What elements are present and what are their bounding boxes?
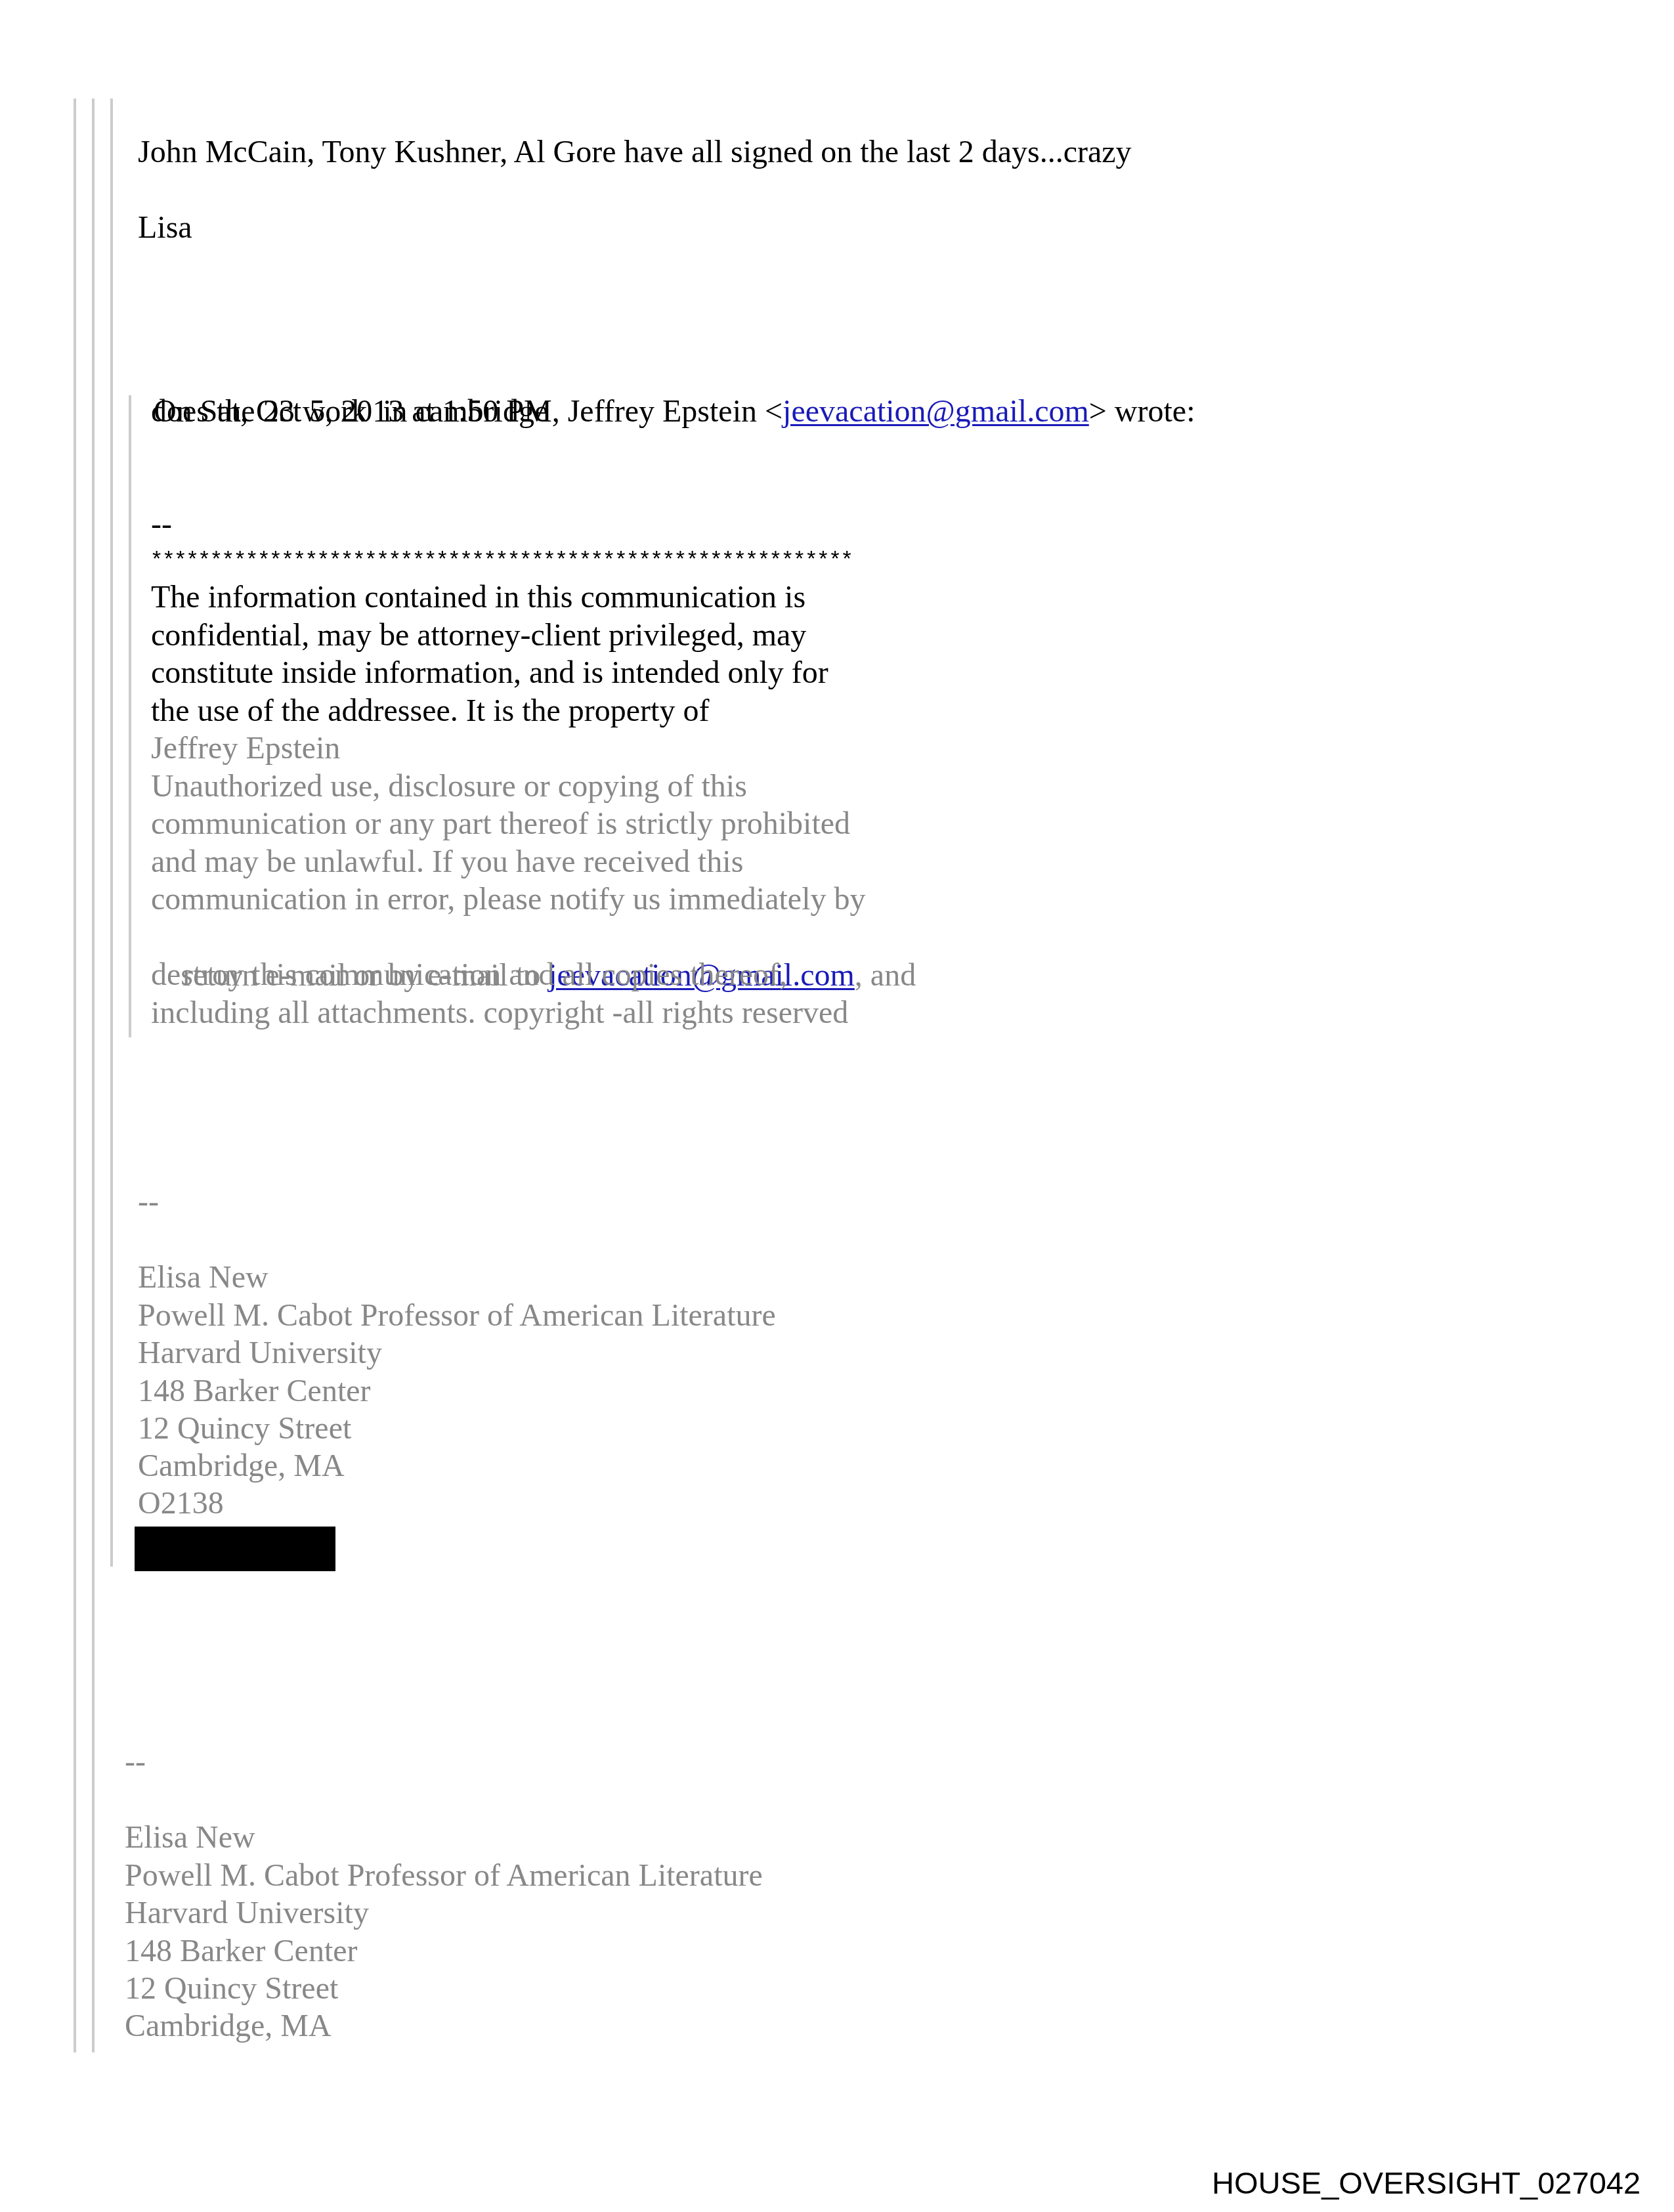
- signature-name: Elisa New: [125, 1819, 255, 1857]
- disclaimer-line: constitute inside information, and is in…: [151, 654, 828, 692]
- quote-bar-level-1: [74, 98, 76, 2052]
- signature-title: Powell M. Cabot Professor of American Li…: [125, 1857, 763, 1895]
- disclaimer-line: The information contained in this commun…: [151, 578, 805, 617]
- disclaimer-line: confidential, may be attorney-client pri…: [151, 617, 806, 655]
- disclaimer-stars: ****************************************…: [152, 540, 855, 578]
- quoted-header-suffix: > wrote:: [1089, 394, 1195, 429]
- disclaimer-line: communication or any part thereof is str…: [151, 805, 850, 843]
- disclaimer-email-suffix: , and: [855, 958, 916, 993]
- signature-title: Powell M. Cabot Professor of American Li…: [138, 1297, 776, 1335]
- quoted-header: On Sat, Oct 5, 2013 at 1:50 PM, Jeffrey …: [138, 355, 1195, 393]
- signature-institution: Harvard University: [125, 1894, 369, 1932]
- signature-name: Elisa New: [138, 1259, 268, 1297]
- quote-bar-level-3: [110, 98, 113, 1567]
- quote-bar-level-4: [129, 395, 131, 1037]
- disclaimer-line: and may be unlawful. If you have receive…: [151, 843, 743, 881]
- signature-address-line: 148 Barker Center: [138, 1372, 371, 1410]
- signature-zip: O2138: [138, 1485, 224, 1523]
- signature-institution: Harvard University: [138, 1334, 382, 1372]
- signature-address-line: 148 Barker Center: [125, 1932, 358, 1970]
- signature-address-line: 12 Quincy Street: [125, 1970, 338, 2008]
- disclaimer-line: Unauthorized use, disclosure or copying …: [151, 768, 747, 806]
- quote-bar-level-2: [92, 98, 95, 2052]
- signature-separator: --: [125, 1743, 146, 1781]
- disclaimer-line: the use of the addressee. It is the prop…: [151, 692, 709, 730]
- signature-city: Cambridge, MA: [138, 1447, 345, 1485]
- quoted-sig-separator: --: [151, 506, 172, 544]
- quoted-body: does the 23 work in cambridge: [151, 393, 548, 431]
- redaction-box: [135, 1527, 335, 1571]
- disclaimer-line: including all attachments. copyright -al…: [151, 994, 848, 1032]
- bates-number: HOUSE_OVERSIGHT_027042: [1212, 2165, 1641, 2201]
- disclaimer-line: communication in error, please notify us…: [151, 880, 865, 919]
- reply-body: John McCain, Tony Kushner, Al Gore have …: [138, 133, 1132, 171]
- disclaimer-line: destroy this communication and all copie…: [151, 956, 787, 994]
- signature-city: Cambridge, MA: [125, 2007, 332, 2045]
- sender-email-link[interactable]: jeevacation@gmail.com: [783, 394, 1089, 429]
- signature-address-line: 12 Quincy Street: [138, 1410, 351, 1448]
- disclaimer-email-line: return e-mail or by e-mail to jeevacatio…: [151, 919, 916, 957]
- disclaimer-line: Jeffrey Epstein: [151, 729, 340, 768]
- signature-separator: --: [138, 1183, 159, 1221]
- reply-signoff: Lisa: [138, 209, 192, 247]
